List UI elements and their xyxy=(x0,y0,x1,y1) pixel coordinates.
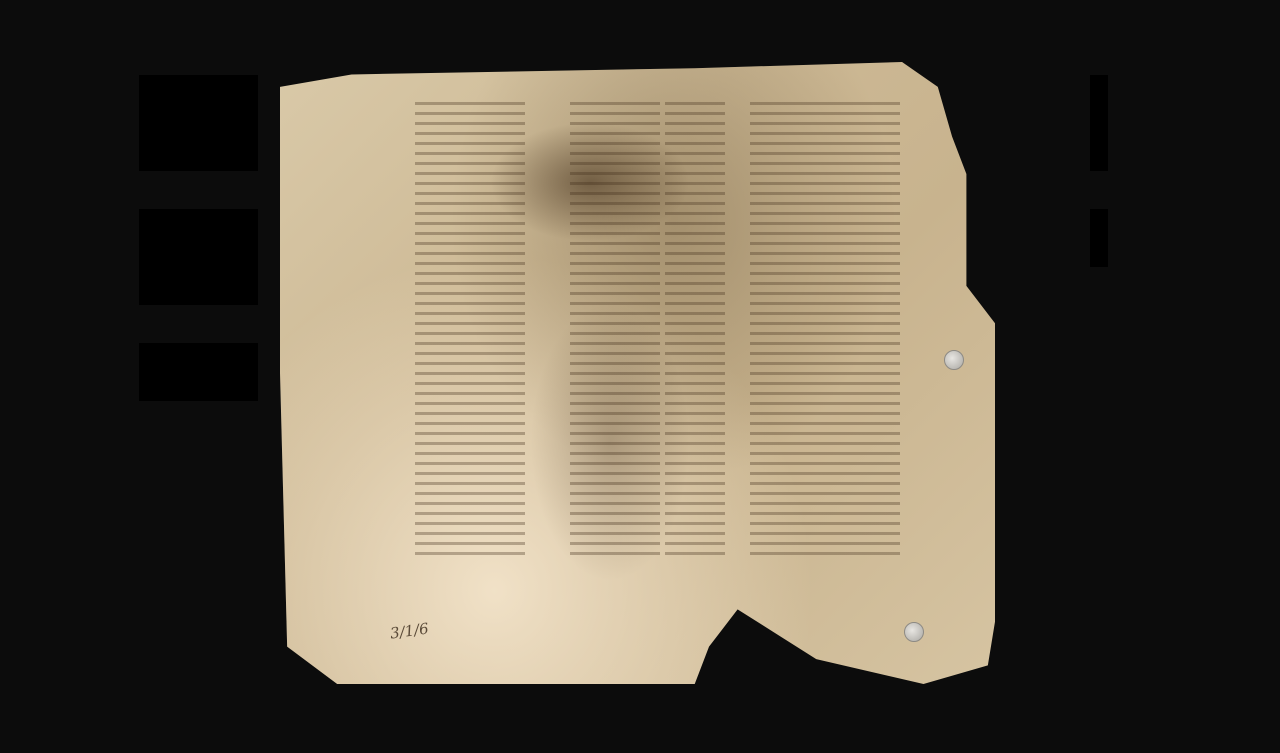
stain xyxy=(530,302,690,582)
stain xyxy=(490,122,690,242)
redaction-block-right-2 xyxy=(1090,209,1108,267)
mounting-pin-icon xyxy=(904,622,924,642)
redaction-block-right-1 xyxy=(1090,75,1108,171)
redaction-block-left-1 xyxy=(139,75,258,171)
mounting-pin-icon xyxy=(944,350,964,370)
redaction-block-left-2 xyxy=(139,209,258,305)
text-column-4 xyxy=(750,102,900,562)
manuscript-leaf xyxy=(280,62,995,684)
redaction-block-left-3 xyxy=(139,343,258,401)
